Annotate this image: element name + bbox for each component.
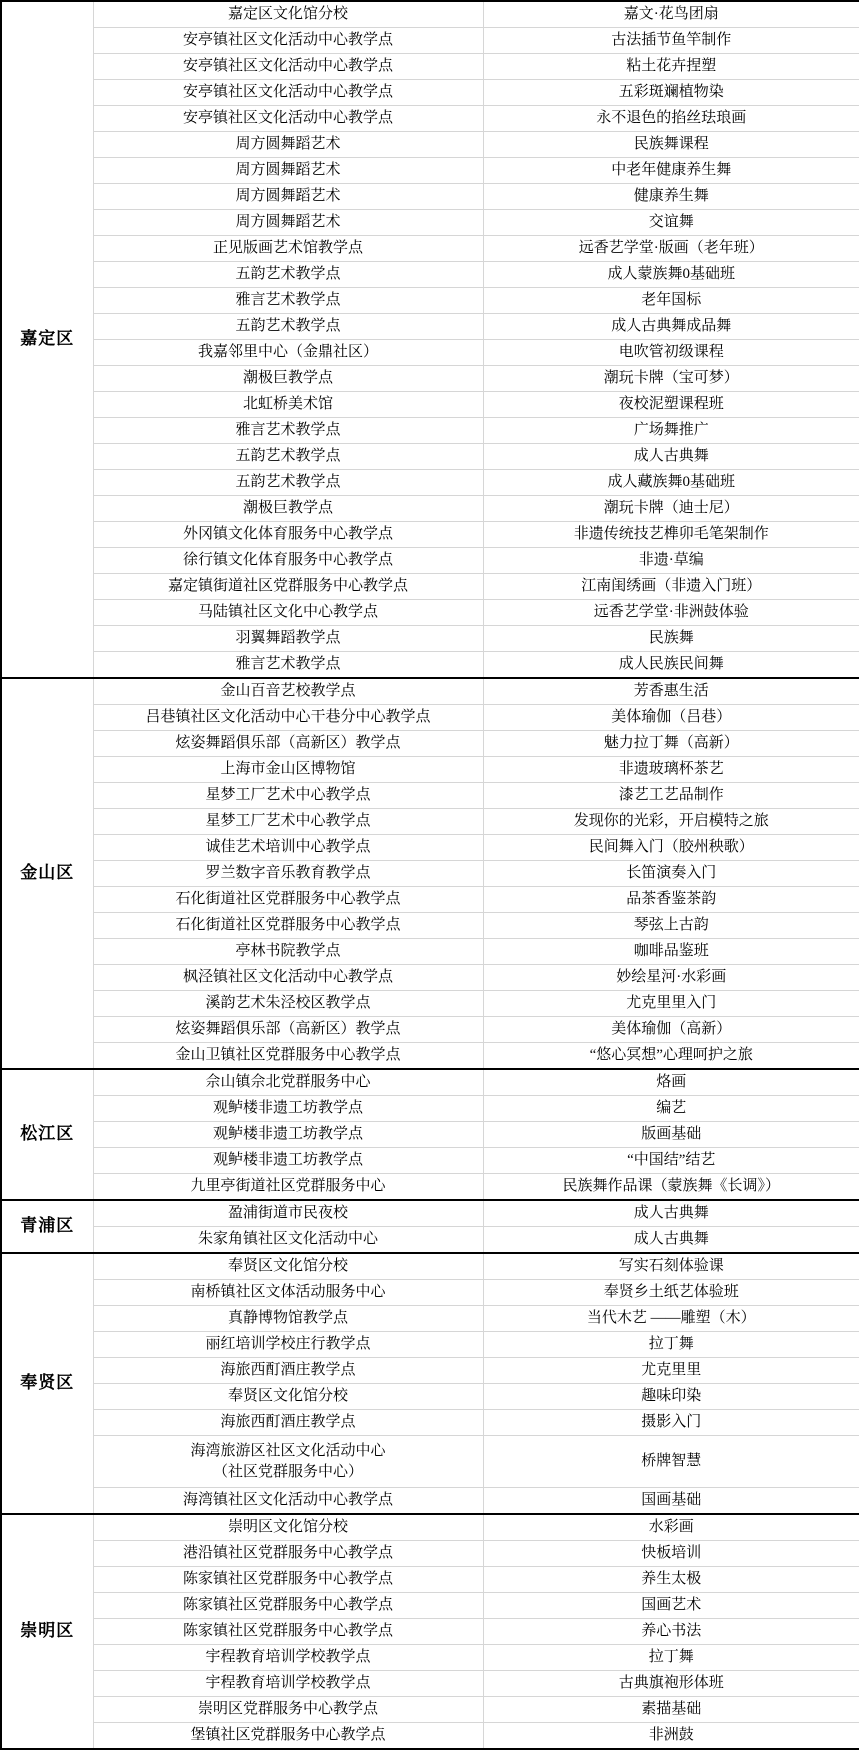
course-cell: 快板培训 bbox=[483, 1541, 859, 1567]
table-row: 海湾镇社区文化活动中心教学点国画基础 bbox=[1, 1488, 859, 1515]
course-cell: 奉贤乡土纸艺体验班 bbox=[483, 1280, 859, 1306]
venue-cell: 丽红培训学校庄行教学点 bbox=[93, 1332, 483, 1358]
course-cell: 拉丁舞 bbox=[483, 1332, 859, 1358]
table-row: 陈家镇社区党群服务中心教学点国画艺术 bbox=[1, 1593, 859, 1619]
venue-cell: 上海市金山区博物馆 bbox=[93, 757, 483, 783]
table-row: 五韵艺术教学点成人古典舞成品舞 bbox=[1, 314, 859, 340]
course-cell: 趣味印染 bbox=[483, 1384, 859, 1410]
venue-cell: 盈浦街道市民夜校 bbox=[93, 1200, 483, 1227]
course-cell: 民族舞 bbox=[483, 626, 859, 652]
venue-cell: 观鲈楼非遗工坊教学点 bbox=[93, 1096, 483, 1122]
course-cell: 老年国标 bbox=[483, 288, 859, 314]
course-cell: 非遗·草编 bbox=[483, 548, 859, 574]
venue-cell: 九里亭街道社区党群服务中心 bbox=[93, 1174, 483, 1201]
table-row: 潮极巨教学点潮玩卡牌（迪士尼） bbox=[1, 496, 859, 522]
venue-cell: 五韵艺术教学点 bbox=[93, 444, 483, 470]
table-row: 真静博物馆教学点当代木艺 ——雕塑（木） bbox=[1, 1306, 859, 1332]
venue-cell: 周方圆舞蹈艺术 bbox=[93, 132, 483, 158]
table-row: 雅言艺术教学点成人民族民间舞 bbox=[1, 652, 859, 679]
course-cell: 远香艺学堂·版画（老年班） bbox=[483, 236, 859, 262]
course-cell: 成人古典舞成品舞 bbox=[483, 314, 859, 340]
course-cell: 琴弦上古韵 bbox=[483, 913, 859, 939]
table-row: 雅言艺术教学点广场舞推广 bbox=[1, 418, 859, 444]
course-cell: 非遗玻璃杯茶艺 bbox=[483, 757, 859, 783]
course-cell: 漆艺工艺品制作 bbox=[483, 783, 859, 809]
venue-cell: 雅言艺术教学点 bbox=[93, 652, 483, 679]
course-cell: 水彩画 bbox=[483, 1514, 859, 1541]
course-cell: 编艺 bbox=[483, 1096, 859, 1122]
table-row: 羽翼舞蹈教学点民族舞 bbox=[1, 626, 859, 652]
course-cell: 成人藏族舞0基础班 bbox=[483, 470, 859, 496]
course-cell: 尤克里里 bbox=[483, 1358, 859, 1384]
table-row: 宇程教育培训学校教学点拉丁舞 bbox=[1, 1645, 859, 1671]
venue-cell: 安亭镇社区文化活动中心教学点 bbox=[93, 54, 483, 80]
table-row: 陈家镇社区党群服务中心教学点养生太极 bbox=[1, 1567, 859, 1593]
table-row: 周方圆舞蹈艺术中老年健康养生舞 bbox=[1, 158, 859, 184]
venue-cell: 周方圆舞蹈艺术 bbox=[93, 184, 483, 210]
course-cell: 芳香惠生活 bbox=[483, 678, 859, 705]
venue-cell: 陈家镇社区党群服务中心教学点 bbox=[93, 1567, 483, 1593]
venue-cell: 金山卫镇社区党群服务中心教学点 bbox=[93, 1043, 483, 1070]
venue-cell: 周方圆舞蹈艺术 bbox=[93, 158, 483, 184]
venue-cell: 安亭镇社区文化活动中心教学点 bbox=[93, 80, 483, 106]
table-row: 安亭镇社区文化活动中心教学点粘土花卉捏塑 bbox=[1, 54, 859, 80]
table-row: 马陆镇社区文化中心教学点远香艺学堂·非洲鼓体验 bbox=[1, 600, 859, 626]
course-cell: “悠心冥想”心理呵护之旅 bbox=[483, 1043, 859, 1070]
table-row: 五韵艺术教学点成人蒙族舞0基础班 bbox=[1, 262, 859, 288]
table-row: 星梦工厂艺术中心教学点漆艺工艺品制作 bbox=[1, 783, 859, 809]
venue-cell: 海湾旅游区社区文化活动中心 （社区党群服务中心） bbox=[93, 1436, 483, 1488]
table-row: 枫泾镇社区文化活动中心教学点妙绘星河·水彩画 bbox=[1, 965, 859, 991]
venue-cell: 徐行镇文化体育服务中心教学点 bbox=[93, 548, 483, 574]
table-row: 安亭镇社区文化活动中心教学点古法插节鱼竿制作 bbox=[1, 28, 859, 54]
table-row: 南桥镇社区文体活动服务中心奉贤乡土纸艺体验班 bbox=[1, 1280, 859, 1306]
table-row: 观鲈楼非遗工坊教学点“中国结”结艺 bbox=[1, 1148, 859, 1174]
venue-cell: 炫姿舞蹈俱乐部（高新区）教学点 bbox=[93, 731, 483, 757]
course-cell: 潮玩卡牌（宝可梦） bbox=[483, 366, 859, 392]
venue-cell: 嘉定区文化馆分校 bbox=[93, 1, 483, 28]
course-cell: 妙绘星河·水彩画 bbox=[483, 965, 859, 991]
district-cell: 嘉定区 bbox=[1, 1, 93, 678]
course-cell: 民间舞入门（胶州秧歌） bbox=[483, 835, 859, 861]
table-row: 堡镇社区党群服务中心教学点非洲鼓 bbox=[1, 1723, 859, 1750]
course-cell: 中老年健康养生舞 bbox=[483, 158, 859, 184]
course-cell: 养生太极 bbox=[483, 1567, 859, 1593]
venue-cell: 周方圆舞蹈艺术 bbox=[93, 210, 483, 236]
course-cell: 魅力拉丁舞（高新） bbox=[483, 731, 859, 757]
course-cell: 品茶香鉴茶韵 bbox=[483, 887, 859, 913]
venue-cell: 五韵艺术教学点 bbox=[93, 470, 483, 496]
table-row: 海旅西酊酒庄教学点尤克里里 bbox=[1, 1358, 859, 1384]
schedule-table: 嘉定区嘉定区文化馆分校嘉文·花鸟团扇安亭镇社区文化活动中心教学点古法插节鱼竿制作… bbox=[0, 0, 859, 1750]
course-cell: 桥牌智慧 bbox=[483, 1436, 859, 1488]
venue-cell: 港沿镇社区党群服务中心教学点 bbox=[93, 1541, 483, 1567]
table-row: 安亭镇社区文化活动中心教学点五彩斑斓植物染 bbox=[1, 80, 859, 106]
venue-cell: 朱家角镇社区文化活动中心 bbox=[93, 1227, 483, 1254]
course-cell: 成人古典舞 bbox=[483, 1200, 859, 1227]
table-row: 上海市金山区博物馆非遗玻璃杯茶艺 bbox=[1, 757, 859, 783]
course-cell: 摄影入门 bbox=[483, 1410, 859, 1436]
venue-cell: 奉贤区文化馆分校 bbox=[93, 1253, 483, 1280]
table-row: 炫姿舞蹈俱乐部（高新区）教学点美体瑜伽（高新） bbox=[1, 1017, 859, 1043]
table-row: 丽红培训学校庄行教学点拉丁舞 bbox=[1, 1332, 859, 1358]
venue-cell: 金山百音艺校教学点 bbox=[93, 678, 483, 705]
district-cell: 奉贤区 bbox=[1, 1253, 93, 1514]
table-row: 五韵艺术教学点成人藏族舞0基础班 bbox=[1, 470, 859, 496]
venue-cell: 五韵艺术教学点 bbox=[93, 314, 483, 340]
course-cell: 成人古典舞 bbox=[483, 444, 859, 470]
table-row: 北虹桥美术馆夜校泥塑课程班 bbox=[1, 392, 859, 418]
table-row: 观鲈楼非遗工坊教学点版画基础 bbox=[1, 1122, 859, 1148]
district-cell: 金山区 bbox=[1, 678, 93, 1069]
table-row: 宇程教育培训学校教学点古典旗袍形体班 bbox=[1, 1671, 859, 1697]
venue-cell: 佘山镇佘北党群服务中心 bbox=[93, 1069, 483, 1096]
course-cell: 咖啡品鉴班 bbox=[483, 939, 859, 965]
course-cell: 美体瑜伽（吕巷） bbox=[483, 705, 859, 731]
venue-cell: 炫姿舞蹈俱乐部（高新区）教学点 bbox=[93, 1017, 483, 1043]
venue-cell: 潮极巨教学点 bbox=[93, 366, 483, 392]
course-cell: 烙画 bbox=[483, 1069, 859, 1096]
district-cell: 崇明区 bbox=[1, 1514, 93, 1749]
table-row: 外冈镇文化体育服务中心教学点非遗传统技艺榫卯毛笔架制作 bbox=[1, 522, 859, 548]
table-row: 观鲈楼非遗工坊教学点编艺 bbox=[1, 1096, 859, 1122]
course-cell: 五彩斑斓植物染 bbox=[483, 80, 859, 106]
course-cell: 尤克里里入门 bbox=[483, 991, 859, 1017]
course-cell: 成人古典舞 bbox=[483, 1227, 859, 1254]
course-cell: 拉丁舞 bbox=[483, 1645, 859, 1671]
table-row: 嘉定区嘉定区文化馆分校嘉文·花鸟团扇 bbox=[1, 1, 859, 28]
table-row: 周方圆舞蹈艺术交谊舞 bbox=[1, 210, 859, 236]
venue-cell: 海旅西酊酒庄教学点 bbox=[93, 1358, 483, 1384]
table-row: 金山区金山百音艺校教学点芳香惠生活 bbox=[1, 678, 859, 705]
table-row: 雅言艺术教学点老年国标 bbox=[1, 288, 859, 314]
table-row: 炫姿舞蹈俱乐部（高新区）教学点魅力拉丁舞（高新） bbox=[1, 731, 859, 757]
table-row: 五韵艺术教学点成人古典舞 bbox=[1, 444, 859, 470]
table-row: 徐行镇文化体育服务中心教学点非遗·草编 bbox=[1, 548, 859, 574]
table-row: 金山卫镇社区党群服务中心教学点“悠心冥想”心理呵护之旅 bbox=[1, 1043, 859, 1070]
course-cell: 嘉文·花鸟团扇 bbox=[483, 1, 859, 28]
venue-cell: 堡镇社区党群服务中心教学点 bbox=[93, 1723, 483, 1750]
course-cell: 民族舞作品课（蒙族舞《长调》） bbox=[483, 1174, 859, 1201]
course-cell: 素描基础 bbox=[483, 1697, 859, 1723]
course-cell: 成人民族民间舞 bbox=[483, 652, 859, 679]
venue-cell: 正见版画艺术馆教学点 bbox=[93, 236, 483, 262]
venue-cell: 嘉定镇街道社区党群服务中心教学点 bbox=[93, 574, 483, 600]
course-cell: 电吹管初级课程 bbox=[483, 340, 859, 366]
table-row: 海旅西酊酒庄教学点摄影入门 bbox=[1, 1410, 859, 1436]
venue-cell: 枫泾镇社区文化活动中心教学点 bbox=[93, 965, 483, 991]
venue-cell: 石化街道社区党群服务中心教学点 bbox=[93, 913, 483, 939]
table-row: 奉贤区奉贤区文化馆分校写实石刻体验课 bbox=[1, 1253, 859, 1280]
venue-cell: 观鲈楼非遗工坊教学点 bbox=[93, 1122, 483, 1148]
course-cell: 远香艺学堂·非洲鼓体验 bbox=[483, 600, 859, 626]
venue-cell: 安亭镇社区文化活动中心教学点 bbox=[93, 106, 483, 132]
table-row: 周方圆舞蹈艺术健康养生舞 bbox=[1, 184, 859, 210]
table-row: 朱家角镇社区文化活动中心成人古典舞 bbox=[1, 1227, 859, 1254]
course-cell: 交谊舞 bbox=[483, 210, 859, 236]
venue-cell: 宇程教育培训学校教学点 bbox=[93, 1671, 483, 1697]
course-cell: 成人蒙族舞0基础班 bbox=[483, 262, 859, 288]
table-row: 崇明区崇明区文化馆分校水彩画 bbox=[1, 1514, 859, 1541]
venue-cell: 北虹桥美术馆 bbox=[93, 392, 483, 418]
course-cell: 写实石刻体验课 bbox=[483, 1253, 859, 1280]
course-cell: 国画艺术 bbox=[483, 1593, 859, 1619]
venue-cell: 诚佳艺术培训中心教学点 bbox=[93, 835, 483, 861]
table-row: 九里亭街道社区党群服务中心民族舞作品课（蒙族舞《长调》） bbox=[1, 1174, 859, 1201]
venue-cell: 亭林书院教学点 bbox=[93, 939, 483, 965]
course-cell: 非洲鼓 bbox=[483, 1723, 859, 1750]
table-row: 陈家镇社区党群服务中心教学点养心书法 bbox=[1, 1619, 859, 1645]
venue-cell: 观鲈楼非遗工坊教学点 bbox=[93, 1148, 483, 1174]
venue-cell: 奉贤区文化馆分校 bbox=[93, 1384, 483, 1410]
venue-cell: 陈家镇社区党群服务中心教学点 bbox=[93, 1593, 483, 1619]
venue-cell: 外冈镇文化体育服务中心教学点 bbox=[93, 522, 483, 548]
venue-cell: 潮极巨教学点 bbox=[93, 496, 483, 522]
district-cell: 青浦区 bbox=[1, 1200, 93, 1253]
venue-cell: 马陆镇社区文化中心教学点 bbox=[93, 600, 483, 626]
course-cell: 江南闺绣画（非遗入门班） bbox=[483, 574, 859, 600]
venue-cell: 真静博物馆教学点 bbox=[93, 1306, 483, 1332]
table-row: 安亭镇社区文化活动中心教学点永不退色的掐丝珐琅画 bbox=[1, 106, 859, 132]
table-row: 正见版画艺术馆教学点远香艺学堂·版画（老年班） bbox=[1, 236, 859, 262]
course-cell: 广场舞推广 bbox=[483, 418, 859, 444]
table-row: 诚佳艺术培训中心教学点民间舞入门（胶州秧歌） bbox=[1, 835, 859, 861]
venue-cell: 宇程教育培训学校教学点 bbox=[93, 1645, 483, 1671]
course-cell: 版画基础 bbox=[483, 1122, 859, 1148]
table-row: 崇明区党群服务中心教学点素描基础 bbox=[1, 1697, 859, 1723]
venue-cell: 安亭镇社区文化活动中心教学点 bbox=[93, 28, 483, 54]
table-row: 亭林书院教学点咖啡品鉴班 bbox=[1, 939, 859, 965]
venue-cell: 雅言艺术教学点 bbox=[93, 288, 483, 314]
course-cell: 长笛演奏入门 bbox=[483, 861, 859, 887]
course-cell: 古法插节鱼竿制作 bbox=[483, 28, 859, 54]
venue-cell: 星梦工厂艺术中心教学点 bbox=[93, 809, 483, 835]
venue-cell: 崇明区党群服务中心教学点 bbox=[93, 1697, 483, 1723]
course-cell: 美体瑜伽（高新） bbox=[483, 1017, 859, 1043]
course-cell: 健康养生舞 bbox=[483, 184, 859, 210]
course-cell: “中国结”结艺 bbox=[483, 1148, 859, 1174]
venue-cell: 崇明区文化馆分校 bbox=[93, 1514, 483, 1541]
venue-cell: 石化街道社区党群服务中心教学点 bbox=[93, 887, 483, 913]
table-row: 我嘉邻里中心（金鼎社区）电吹管初级课程 bbox=[1, 340, 859, 366]
course-cell: 国画基础 bbox=[483, 1488, 859, 1515]
course-cell: 养心书法 bbox=[483, 1619, 859, 1645]
table-row: 松江区佘山镇佘北党群服务中心烙画 bbox=[1, 1069, 859, 1096]
venue-cell: 陈家镇社区党群服务中心教学点 bbox=[93, 1619, 483, 1645]
course-cell: 古典旗袍形体班 bbox=[483, 1671, 859, 1697]
table-row: 嘉定镇街道社区党群服务中心教学点江南闺绣画（非遗入门班） bbox=[1, 574, 859, 600]
course-cell: 当代木艺 ——雕塑（木） bbox=[483, 1306, 859, 1332]
table-row: 周方圆舞蹈艺术民族舞课程 bbox=[1, 132, 859, 158]
course-cell: 发现你的光彩，开启模特之旅 bbox=[483, 809, 859, 835]
table-row: 石化街道社区党群服务中心教学点品茶香鉴茶韵 bbox=[1, 887, 859, 913]
course-cell: 永不退色的掐丝珐琅画 bbox=[483, 106, 859, 132]
course-cell: 夜校泥塑课程班 bbox=[483, 392, 859, 418]
schedule-table-body: 嘉定区嘉定区文化馆分校嘉文·花鸟团扇安亭镇社区文化活动中心教学点古法插节鱼竿制作… bbox=[1, 1, 859, 1749]
course-cell: 民族舞课程 bbox=[483, 132, 859, 158]
table-row: 奉贤区文化馆分校趣味印染 bbox=[1, 1384, 859, 1410]
venue-cell: 罗兰数字音乐教育教学点 bbox=[93, 861, 483, 887]
venue-cell: 五韵艺术教学点 bbox=[93, 262, 483, 288]
district-cell: 松江区 bbox=[1, 1069, 93, 1200]
table-row: 石化街道社区党群服务中心教学点琴弦上古韵 bbox=[1, 913, 859, 939]
spreadsheet-page: 嘉定区嘉定区文化馆分校嘉文·花鸟团扇安亭镇社区文化活动中心教学点古法插节鱼竿制作… bbox=[0, 0, 859, 1750]
venue-cell: 海湾镇社区文化活动中心教学点 bbox=[93, 1488, 483, 1515]
table-row: 吕巷镇社区文化活动中心干巷分中心教学点美体瑜伽（吕巷） bbox=[1, 705, 859, 731]
table-row: 溪韵艺术朱泾校区教学点尤克里里入门 bbox=[1, 991, 859, 1017]
table-row: 青浦区盈浦街道市民夜校成人古典舞 bbox=[1, 1200, 859, 1227]
venue-cell: 吕巷镇社区文化活动中心干巷分中心教学点 bbox=[93, 705, 483, 731]
course-cell: 潮玩卡牌（迪士尼） bbox=[483, 496, 859, 522]
table-row: 潮极巨教学点潮玩卡牌（宝可梦） bbox=[1, 366, 859, 392]
table-row: 港沿镇社区党群服务中心教学点快板培训 bbox=[1, 1541, 859, 1567]
venue-cell: 海旅西酊酒庄教学点 bbox=[93, 1410, 483, 1436]
venue-cell: 羽翼舞蹈教学点 bbox=[93, 626, 483, 652]
venue-cell: 南桥镇社区文体活动服务中心 bbox=[93, 1280, 483, 1306]
table-row: 罗兰数字音乐教育教学点长笛演奏入门 bbox=[1, 861, 859, 887]
table-row: 海湾旅游区社区文化活动中心 （社区党群服务中心）桥牌智慧 bbox=[1, 1436, 859, 1488]
course-cell: 粘土花卉捏塑 bbox=[483, 54, 859, 80]
venue-cell: 雅言艺术教学点 bbox=[93, 418, 483, 444]
venue-cell: 我嘉邻里中心（金鼎社区） bbox=[93, 340, 483, 366]
course-cell: 非遗传统技艺榫卯毛笔架制作 bbox=[483, 522, 859, 548]
venue-cell: 溪韵艺术朱泾校区教学点 bbox=[93, 991, 483, 1017]
table-row: 星梦工厂艺术中心教学点发现你的光彩，开启模特之旅 bbox=[1, 809, 859, 835]
venue-cell: 星梦工厂艺术中心教学点 bbox=[93, 783, 483, 809]
